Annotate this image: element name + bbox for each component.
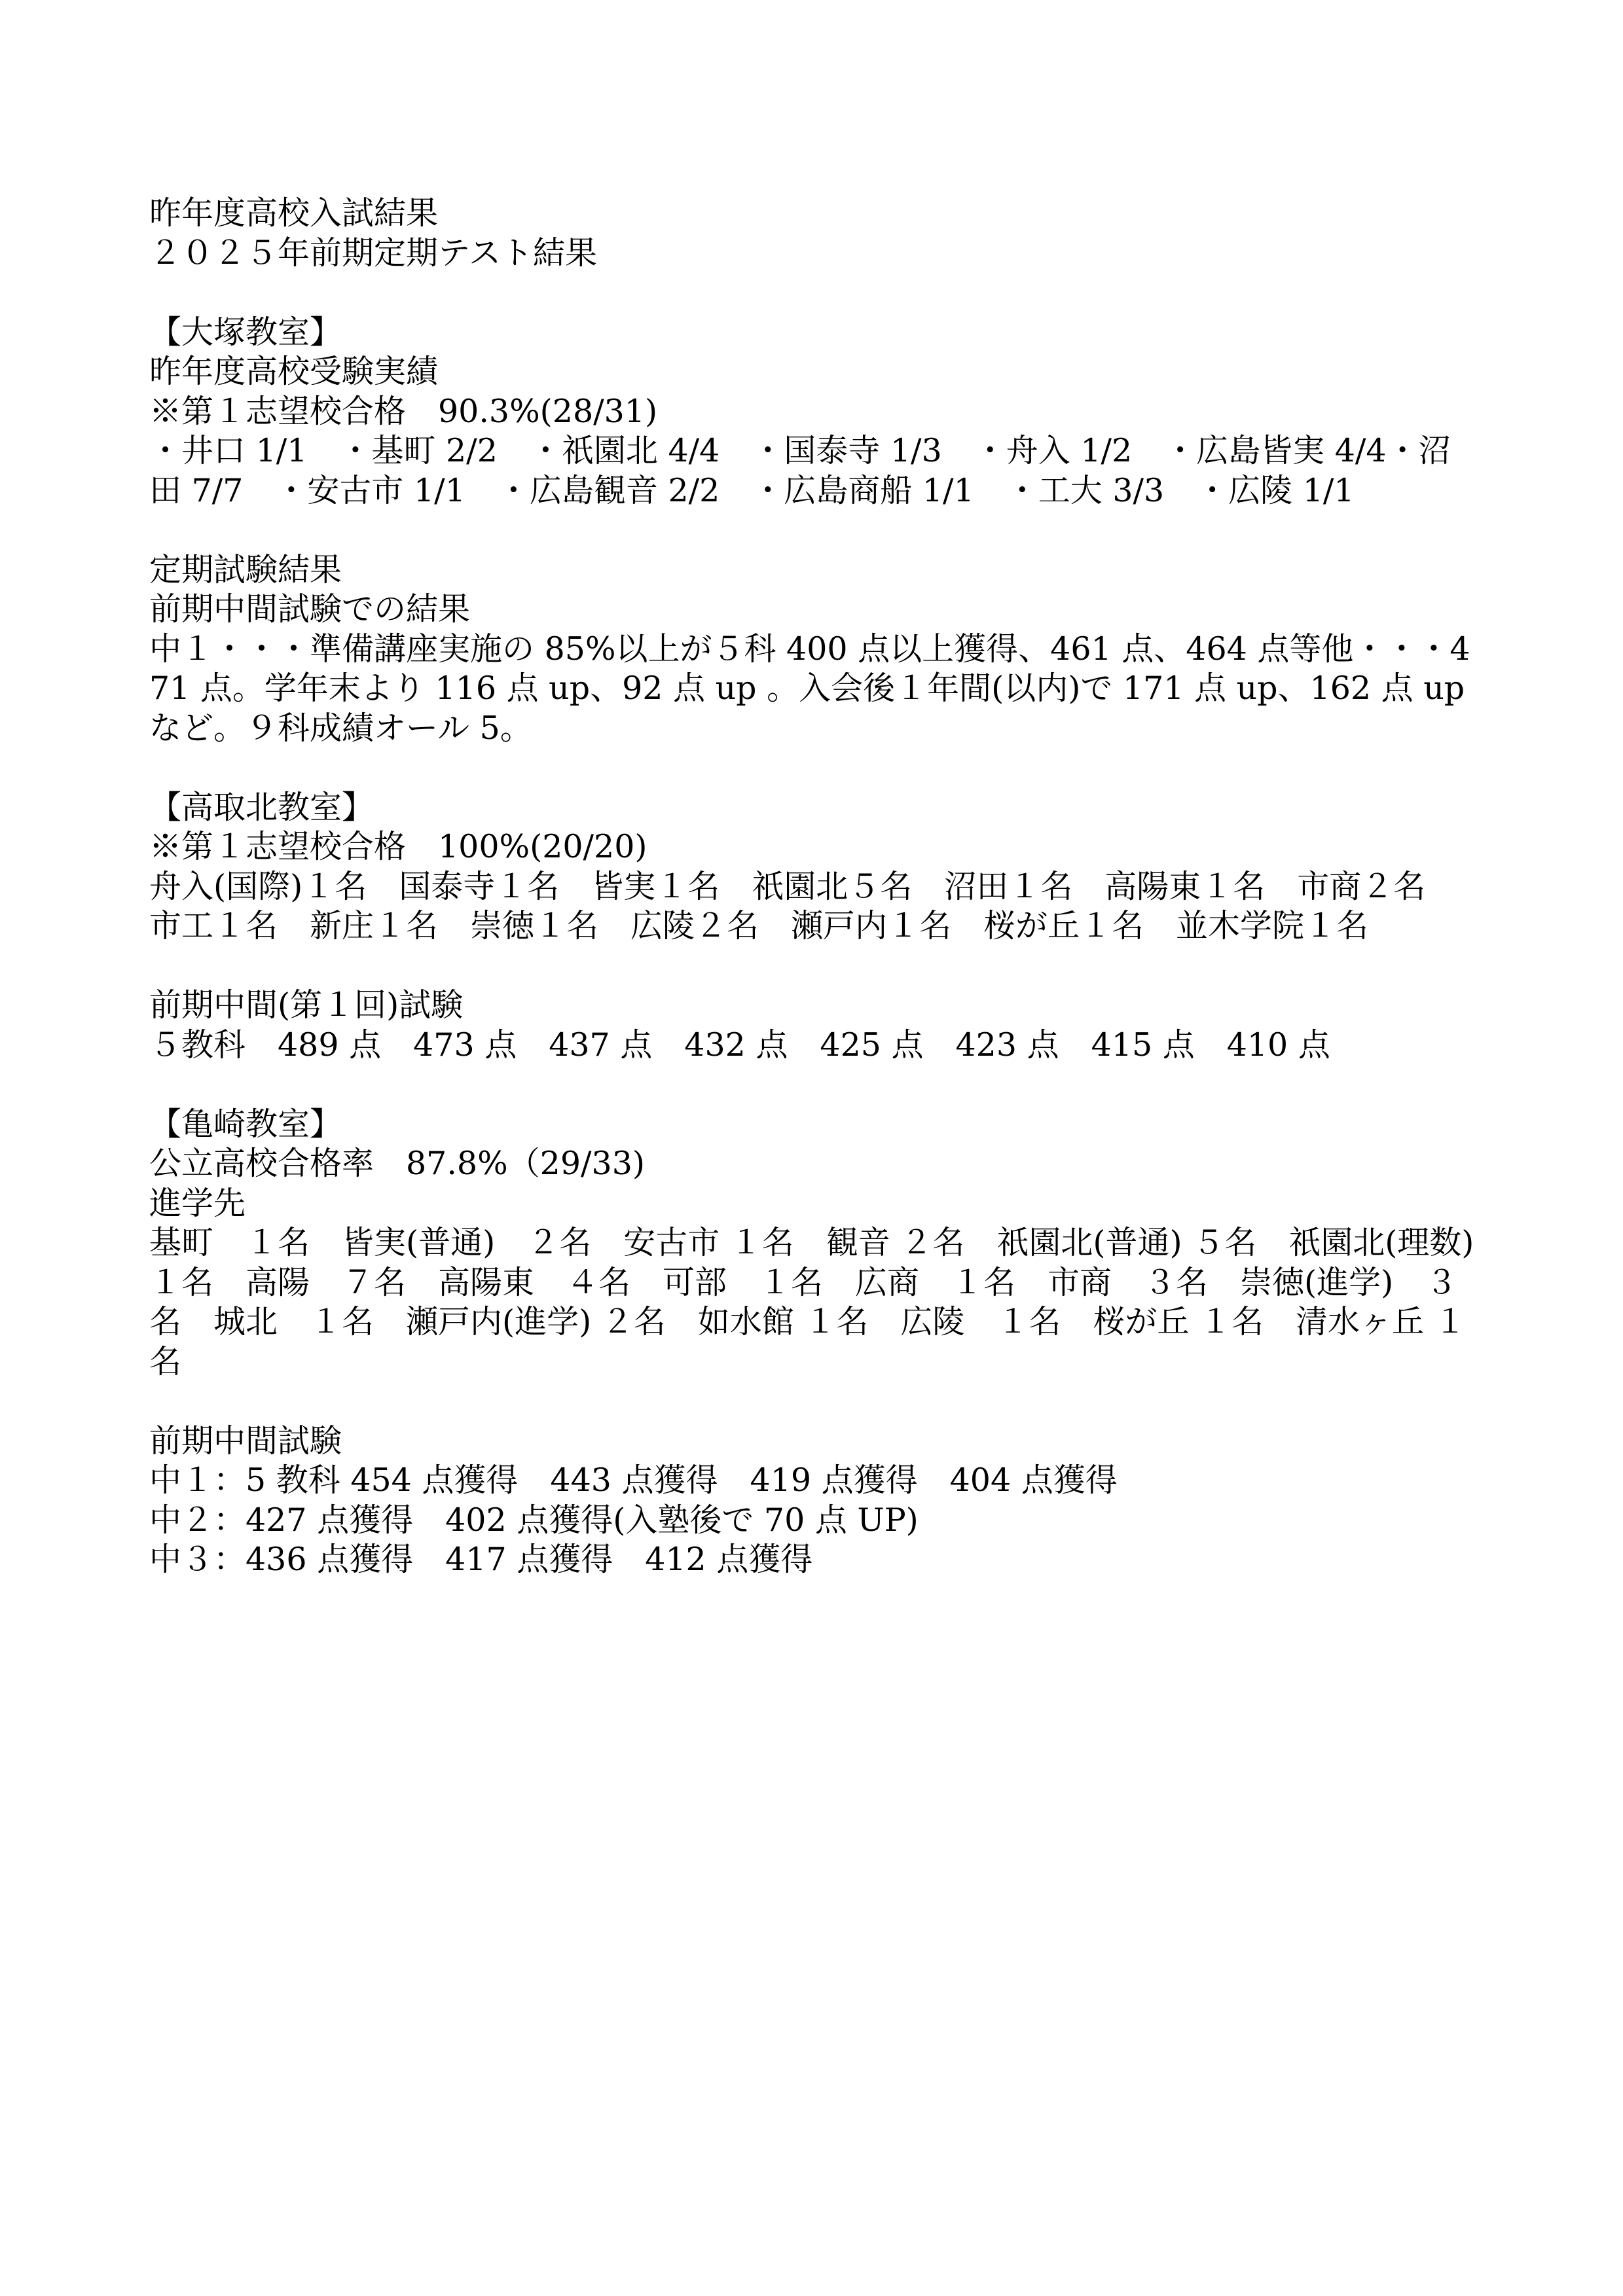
document-page: 昨年度高校入試結果 ２０２５年前期定期テスト結果 【大塚教室】 昨年度高校受験実… bbox=[149, 194, 1478, 1580]
periodic-text: 中１・・・準備講座実施の 85%以上が５科 400 点以上獲得、461 点、46… bbox=[149, 630, 1478, 749]
section-heading: 【大塚教室】 bbox=[149, 313, 1478, 353]
exam-results-title: 昨年度高校受験実績 bbox=[149, 352, 1478, 392]
periodic-title: 前期中間試験 bbox=[149, 1422, 1478, 1462]
spacer bbox=[149, 946, 1478, 986]
destinations-title: 進学先 bbox=[149, 1184, 1478, 1224]
section-otsuka: 【大塚教室】 昨年度高校受験実績 ※第１志望校合格 90.3%(28/31) ・… bbox=[149, 313, 1478, 749]
periodic-title: 前期中間(第１回)試験 bbox=[149, 986, 1478, 1026]
section-heading: 【亀崎教室】 bbox=[149, 1105, 1478, 1145]
pass-rate-line: 公立高校合格率 87.8%（29/33) bbox=[149, 1144, 1478, 1184]
spacer bbox=[149, 273, 1478, 313]
section-kamezaki: 【亀崎教室】 公立高校合格率 87.8%（29/33) 進学先 基町 １名 皆実… bbox=[149, 1105, 1478, 1580]
periodic-scores: ５教科 489 点 473 点 437 点 432 点 425 点 423 点 … bbox=[149, 1026, 1478, 1066]
document-subtitle: ２０２５年前期定期テスト結果 bbox=[149, 234, 1478, 274]
section-heading: 【高取北教室】 bbox=[149, 788, 1478, 828]
pass-rate-line: ※第１志望校合格 100%(20/20) bbox=[149, 827, 1478, 867]
spacer bbox=[149, 1065, 1478, 1105]
school-results-text: 舟入(国際)１名 国泰寺１名 皆実１名 祇園北５名 沼田１名 高陽東１名 市商２… bbox=[149, 867, 1478, 946]
section-takatorikita: 【高取北教室】 ※第１志望校合格 100%(20/20) 舟入(国際)１名 国泰… bbox=[149, 788, 1478, 1066]
spacer bbox=[149, 511, 1478, 550]
periodic-subtitle: 前期中間試験での結果 bbox=[149, 590, 1478, 630]
grade-line-3: 中３：436 点獲得 417 点獲得 412 点獲得 bbox=[149, 1540, 1478, 1580]
grade-line-1: 中１：5 教科 454 点獲得 443 点獲得 419 点獲得 404 点獲得 bbox=[149, 1461, 1478, 1501]
grade-line-2: 中２：427 点獲得 402 点獲得(入塾後で 70 点 UP) bbox=[149, 1501, 1478, 1541]
school-results-text: ・井口 1/1 ・基町 2/2 ・祇園北 4/4 ・国泰寺 1/3 ・舟入 1/… bbox=[149, 431, 1478, 511]
periodic-title: 定期試験結果 bbox=[149, 550, 1478, 590]
spacer bbox=[149, 748, 1478, 788]
spacer bbox=[149, 1382, 1478, 1422]
school-results-text: 基町 １名 皆実(普通) ２名 安古市 １名 観音 ２名 祇園北(普通) ５名 … bbox=[149, 1223, 1478, 1382]
document-title: 昨年度高校入試結果 bbox=[149, 194, 1478, 234]
pass-rate-line: ※第１志望校合格 90.3%(28/31) bbox=[149, 392, 1478, 432]
